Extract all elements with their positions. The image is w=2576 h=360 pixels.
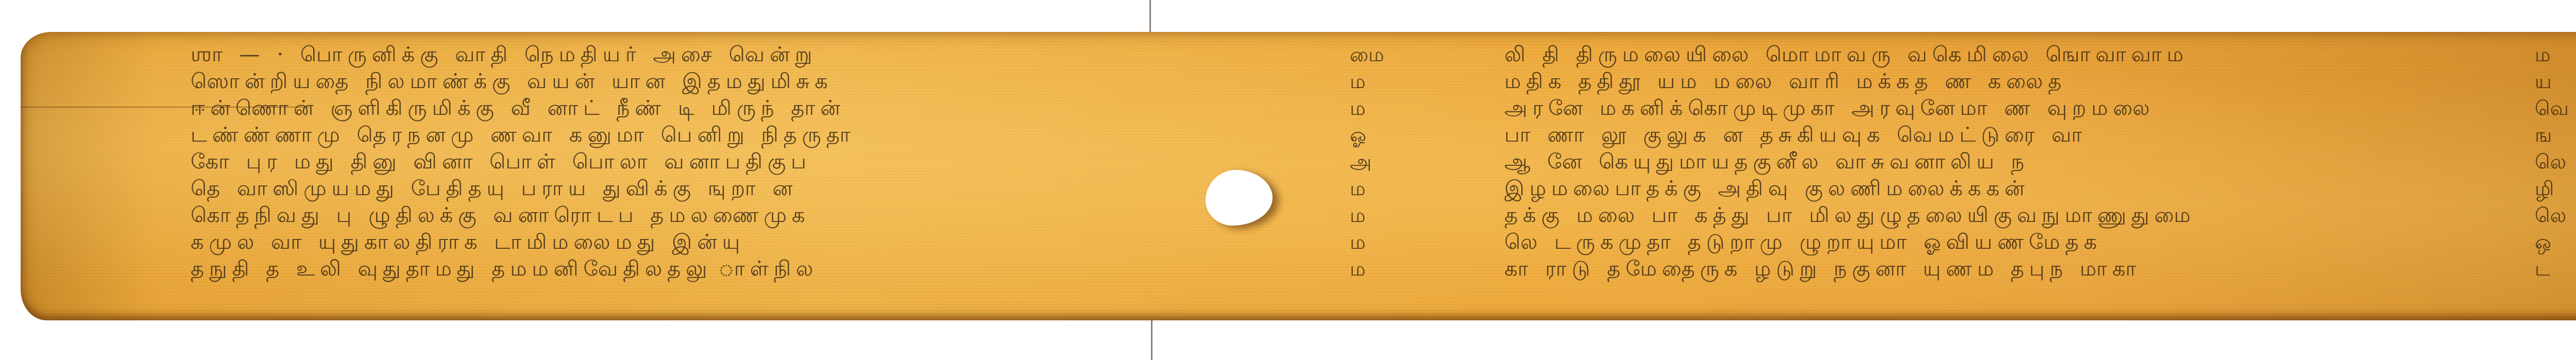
margin-mark: ம [1350,175,1384,202]
manuscript-line: ஆ னே கெயுதுமாயதகுனீல வாசுவனாலிய ந [1504,148,2196,175]
manuscript-line: லி தி திருமலையிலை மொமாவரு வகெமிலை ஙொவாவா… [1504,41,2196,68]
left-text-column: ஶா — · பொருனிக்கு வாதி நெமதியர் அசை வென்… [191,41,856,282]
manuscript-line: ஸொன்றியதை நிலமாண்க்கு வயன் யான இதமதுமிசு… [191,68,856,95]
margin-mark: ம [1350,202,1384,229]
right-margin-marks: ம ய வெ ங லெ ழி லெ ஒ ட [2535,41,2569,282]
margin-mark: ய [2535,68,2569,95]
manuscript-line: கமுல வா யுதுகாலதிராக டாமிமலைமது இன்யு [191,229,856,255]
margin-mark: ம [2535,41,2569,68]
manuscript-line: இழமலைபாதக்கு அதிவு குலணிமலைக்ககன் [1504,175,2196,202]
manuscript-line: ஶா — · பொருனிக்கு வாதி நெமதியர் அசை வென்… [191,41,856,68]
margin-mark: ம [1350,68,1384,95]
manuscript-line: லெ டருகமுதா தடுறாமு ழுறாயுமா ஓவியணமேதக [1504,229,2196,255]
margin-mark: லெ [2535,202,2569,229]
right-text-column: லி தி திருமலையிலை மொமாவரு வகெமிலை ஙொவாவா… [1504,41,2196,282]
margin-mark: மை [1350,41,1384,68]
manuscript-line: தநுதி த உலி வுதுதாமது தமமனிவேதிலதலு ாள்ந… [191,255,856,282]
manuscript-line: அரனே மகனிக்கொமுடிமுகா அரவுனேமா ண வுறமலை [1504,95,2196,122]
margin-mark: அ [1350,148,1384,175]
binding-hole [1206,170,1273,226]
margin-mark: ழி [2535,175,2569,202]
margin-mark: ங [2535,122,2569,148]
manuscript-line: தெ வாஸிமுயமது பேதிதயு பராய துவிக்கு ஙுறா… [191,175,856,202]
margin-mark: ட [2535,255,2569,282]
manuscript-line: கா ராடு தமேதைருக ழடுறு நகுனா யுணம தபுந ம… [1504,255,2196,282]
left-margin-marks: மை ம ம ஓ அ ம ம ம ம [1350,41,1384,282]
margin-mark: வெ [2535,95,2569,122]
margin-mark: ம [1350,255,1384,282]
manuscript-line: கோ புர மது தினு வினா பொள் பொலா வனாபதிகுப [191,148,856,175]
margin-mark: ஒ [2535,229,2569,255]
margin-mark: ஓ [1350,122,1384,148]
margin-mark: லெ [2535,148,2569,175]
palm-leaf-manuscript: ஶா — · பொருனிக்கு வாதி நெமதியர் அசை வென்… [21,32,2576,320]
manuscript-line: பா ணா லூ குலுக ன தசுகியவுக வெமட்டுரை வா [1504,122,2196,148]
manuscript-line: டண்ண்ணாமு தெரநனமு ணவா கனுமா பெனிறு நிதரு… [191,122,856,148]
margin-mark: ம [1350,95,1384,122]
manuscript-line: கொதநிவது பு ழுதிலக்கு வனாரொடப தமலணைமுக [191,202,856,229]
margin-mark: ம [1350,229,1384,255]
scan-guide-line-bottom [1151,318,1153,360]
manuscript-line: மதிக ததிதூ யம மலை வாரி மக்கத ண கலைத [1504,68,2196,95]
manuscript-line: தக்கு மலை பா கத்து பா மிலதுழுதலையிகுவநும… [1504,202,2196,229]
scan-guide-line-top [1149,0,1151,32]
manuscript-line: ஈன்ணொன் ஞளிகிருமிக்கு வீ னாட் நீண் டி மி… [191,95,856,122]
